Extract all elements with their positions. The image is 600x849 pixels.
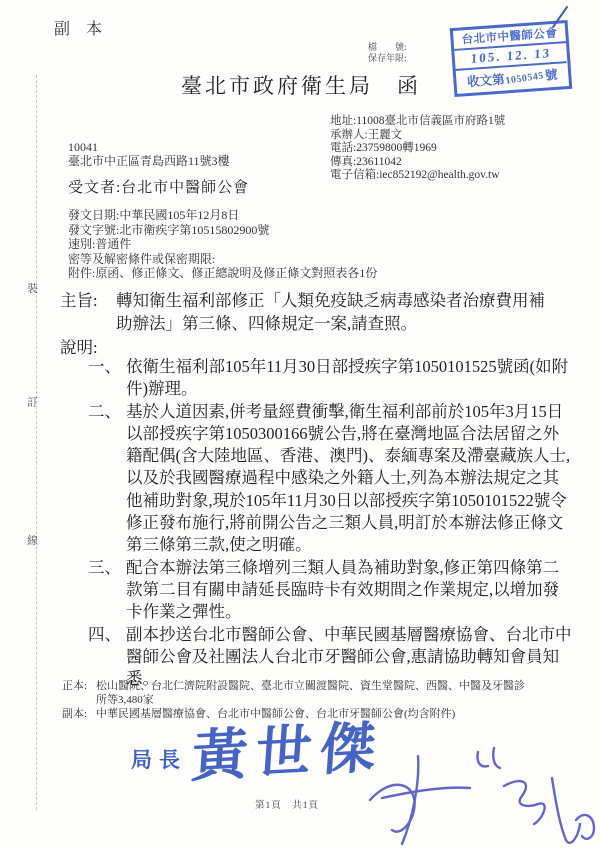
page-number-footer: 第1頁 共1頁: [255, 797, 319, 811]
meta-attachments: 附件:原函、修正條文、修正總說明及修正條文對照表各1份: [68, 266, 377, 281]
scanned-official-letter: 裝 訂 線 副 本 檔 號: 保存年限: 臺北市政府衛生局 函 台北市中醫師公會…: [0, 0, 600, 849]
item-text: 基於人道因素,併考量經費衝擊,衛生福利部前於105年3月15日以部授疾字第105…: [126, 401, 572, 557]
original-label: 正本:: [62, 680, 96, 708]
copy-label: 副本:: [62, 708, 96, 722]
contact-block: 地址:11008臺北市信義區市府路1號 承辦人:王麗文 電話:23759800轉…: [330, 115, 505, 183]
contact-address: 地址:11008臺北市信義區市府路1號: [330, 115, 505, 129]
recipient-street: 臺北市中正區青島西路11號3樓: [68, 154, 230, 168]
explanation-items: 一、 依衛生福利部105年11月30日部授疾字第1050101525號函(如附件…: [88, 356, 574, 690]
binding-char-xian: 線: [27, 532, 38, 548]
explanation-item-2: 二、 基於人道因素,併考量經費衝擊,衛生福利部前於105年3月15日以部授疾字第…: [88, 401, 574, 557]
item-text: 配合本辦法第三條增列三類人員為補助對象,修正第四條第二款第二目有關申請延長臨時卡…: [126, 557, 572, 624]
explanation-label: 說明:: [60, 334, 98, 358]
handwritten-signature: [362, 742, 600, 848]
binding-char-ding: 訂: [27, 394, 38, 410]
file-number-label: 檔 號:: [368, 42, 407, 53]
explanation-item-1: 一、 依衛生福利部105年11月30日部授疾字第1050101525號函(如附件…: [88, 356, 574, 401]
explanation-item-3: 三、 配合本辦法第三條增列三類人員為補助對象,修正第四條第二款第二目有關申請延長…: [88, 557, 574, 624]
pen-tick-mark: [551, 5, 571, 29]
item-number: 二、: [88, 401, 126, 557]
signer-name-calligraphy: 黃世傑: [189, 703, 386, 793]
original-recipients-row: 正本: 松山醫院、台北仁濟院附設醫院、臺北市立關渡醫院、資生堂醫院、西醫、中醫及…: [62, 680, 526, 708]
document-meta-block: 發文日期:中華民國105年12月8日 發文字號:北市衛疾字第1051580290…: [68, 208, 377, 281]
signer-title: 局長: [131, 744, 187, 774]
stamp-receipt-suffix: 號: [544, 65, 558, 84]
stamp-receipt-number: 1050545: [505, 70, 545, 86]
recipient-zip: 10041: [68, 140, 230, 154]
subject-text: 轉知衛生福利部修正「人類免疫缺乏病毒感染者治療費用補助辦法」第三條、四條規定一案…: [116, 289, 560, 335]
stamp-receipt-prefix: 收文第: [467, 70, 506, 91]
recipient-address-block: 10041 臺北市中正區青島西路11號3樓: [68, 140, 230, 168]
binding-dotted-line: [36, 75, 37, 810]
contact-fax: 傳真:23611042: [330, 156, 505, 170]
meta-issue-date: 發文日期:中華民國105年12月8日: [68, 208, 377, 223]
document-title: 臺北市政府衛生局 函: [96, 70, 506, 100]
item-number: 三、: [88, 557, 126, 624]
binding-char-zhuang: 裝: [27, 280, 38, 296]
contact-person: 承辦人:王麗文: [330, 129, 505, 143]
contact-phone: 電話:23759800轉1969: [330, 142, 505, 156]
item-number: 一、: [88, 356, 126, 401]
subject-label: 主旨:: [60, 289, 116, 335]
receipt-stamp: 台北市中醫師公會 105. 12. 13 收文第 1050545 號: [450, 20, 573, 97]
file-number-block: 檔 號: 保存年限:: [368, 42, 407, 64]
subject-block: 主旨: 轉知衛生福利部修正「人類免疫缺乏病毒感染者治療費用補助辦法」第三條、四條…: [60, 289, 560, 335]
recipient-line: 受文者:台北市中醫師公會: [68, 176, 249, 197]
item-text: 依衛生福利部105年11月30日部授疾字第1050101525號函(如附件)辦理…: [126, 356, 572, 401]
original-recipients: 松山醫院、台北仁濟院附設醫院、臺北市立關渡醫院、資生堂醫院、西醫、中醫及牙醫診所…: [96, 680, 526, 708]
copy-label: 副 本: [54, 16, 102, 39]
meta-ref-number: 發文字號:北市衛疾字第10515802900號: [68, 223, 377, 238]
meta-priority: 速別:普通件: [68, 237, 377, 252]
contact-email: 電子信箱:iec852192@health.gov.tw: [330, 169, 505, 183]
retention-label: 保存年限:: [368, 53, 407, 64]
meta-classification: 密等及解密條件或保密期限:: [68, 252, 377, 267]
